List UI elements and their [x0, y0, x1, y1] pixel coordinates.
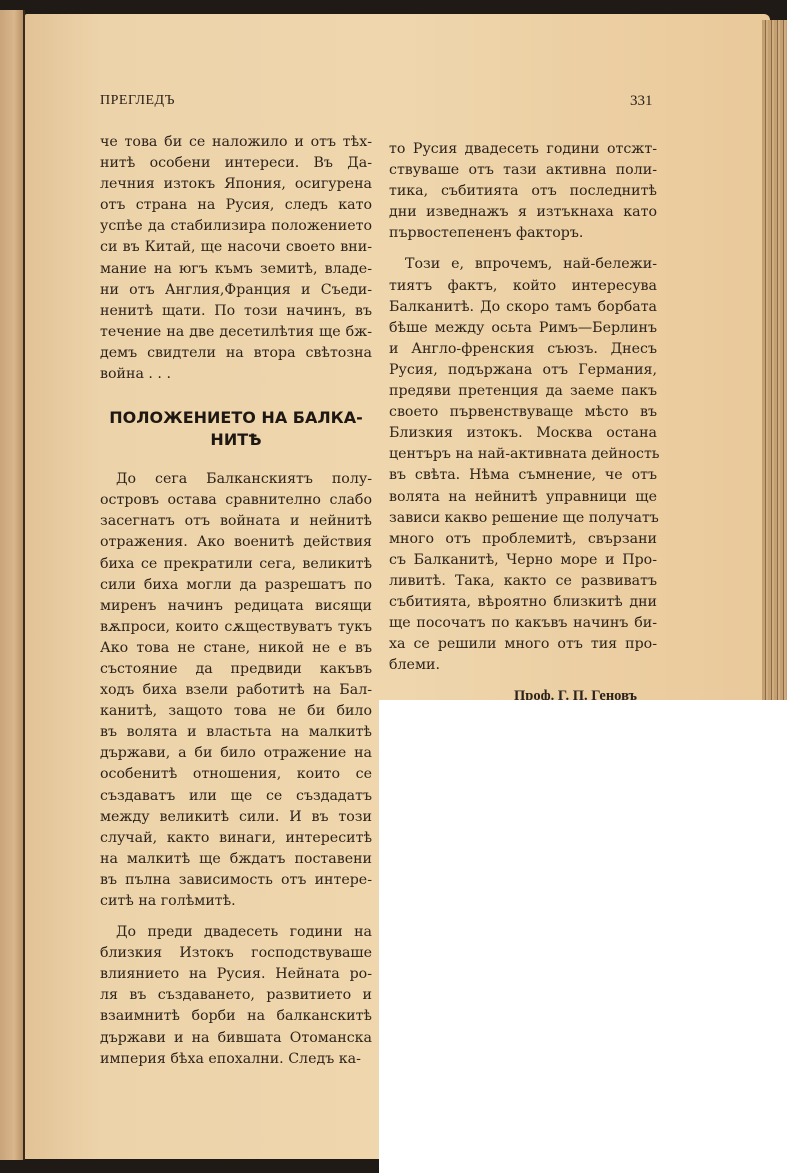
text-line: ливитѣ. Така, както се развиватъ	[389, 571, 657, 592]
text-line: предяви претенция да заеме пакъ	[389, 381, 657, 402]
text-line: ситѣ на голѣмитѣ.	[100, 891, 372, 912]
text-line: Близкия изтокъ. Москва остана	[389, 423, 657, 444]
text-line: мание на югъ къмъ земитѣ, владе-	[100, 259, 372, 280]
previous-page-edge	[0, 10, 24, 1160]
text-line: между великитѣ сили. И въ този	[100, 807, 372, 828]
text-line: първостепененъ факторъ.	[389, 223, 657, 244]
running-head: ПРЕГЛЕДЪ	[100, 93, 175, 109]
text-line: ходъ биха взели работитѣ на Бал-	[100, 680, 372, 701]
paragraph-continued: то Русия двадесеть години отсжт-ствуваше…	[389, 139, 657, 244]
text-line: течение на две десетилѣтия ще бж-	[100, 322, 372, 343]
text-line: ни отъ Англия,Франция и Съеди-	[100, 280, 372, 301]
text-line: държави и на бившата Отоманска	[100, 1028, 372, 1049]
text-line: Балканитѣ. До скоро тамъ борбата	[389, 297, 657, 318]
page-stack-edges	[762, 20, 787, 700]
right-column: то Русия двадесеть години отсжт-ствуваше…	[389, 139, 657, 707]
paragraph-4: Този е, впрочемъ, най-бележи-тиятъ фактъ…	[389, 254, 657, 676]
text-line: ля въ създаването, развитието и	[100, 985, 372, 1006]
text-line: бѣше между осьта Римъ—Берлинъ	[389, 318, 657, 339]
text-line: състояние да предвиди какъвъ	[100, 659, 372, 680]
paragraph-1: че това би се наложило и отъ тѣх-нитѣ ос…	[100, 132, 372, 385]
heading-line-1: ПОЛОЖЕНИЕТО НА БАЛКА-	[100, 407, 372, 429]
text-line: война . . .	[100, 364, 372, 385]
text-line: близкия Изтокъ господствуваше	[100, 943, 372, 964]
text-line: островъ остава сравнително слабо	[100, 490, 372, 511]
text-line: засегнатъ отъ войната и нейнитѣ	[100, 511, 372, 532]
text-line: взаимнитѣ борби на балканскитѣ	[100, 1006, 372, 1027]
text-line: и Англо-френския съюзъ. Днесъ	[389, 339, 657, 360]
text-line: зависи какво решение ще получатъ	[389, 508, 657, 529]
text-line: ще посочатъ по какъвъ начинъ би-	[389, 613, 657, 634]
text-line: волята на нейнитѣ управници ще	[389, 487, 657, 508]
paragraph-3: До преди двадесеть години наблизкия Изто…	[100, 922, 372, 1070]
text-line: въ свѣта. Нѣма съмнение, че отъ	[389, 465, 657, 486]
text-line: тиятъ фактъ, който интересува	[389, 276, 657, 297]
text-line: особенитѣ отношения, които се	[100, 764, 372, 785]
text-line: биха се прекратили сега, великитѣ	[100, 554, 372, 575]
text-line: че това би се наложило и отъ тѣх-	[100, 132, 372, 153]
page-number: 331	[630, 93, 653, 110]
paragraph-2: До сега Балканскиятъ полу-островъ остава…	[100, 469, 372, 912]
text-line: ха се решили много отъ тия про-	[389, 634, 657, 655]
text-line: събитията, вѣроятно близкитѣ дни	[389, 592, 657, 613]
text-line: демъ свидтели на втора свѣтозна	[100, 343, 372, 364]
text-line: отъ страна на Русия, следъ като	[100, 195, 372, 216]
text-line: До преди двадесеть години на	[100, 922, 372, 943]
text-line: ствуваше отъ тази активна поли-	[389, 160, 657, 181]
text-line: дни изведнажъ я изтъкнаха като	[389, 202, 657, 223]
text-line: лечния изтокъ Япония, осигурена	[100, 174, 372, 195]
text-line: своето първенствуваще мѣсто въ	[389, 402, 657, 423]
text-line: миренъ начинъ редицата висящи	[100, 596, 372, 617]
text-line: До сега Балканскиятъ полу-	[100, 469, 372, 490]
text-line: Русия, подържана отъ Германия,	[389, 360, 657, 381]
text-line: центъръ на най-активната дейность	[389, 444, 657, 465]
book-spine	[23, 10, 25, 1160]
text-line: успѣе да стабилизира положението	[100, 216, 372, 237]
text-line: вѫпроси, които сѫществуватъ тукъ	[100, 617, 372, 638]
text-line: Ако това не стане, никой не е въ	[100, 638, 372, 659]
text-line: ненитѣ щати. По този начинъ, въ	[100, 301, 372, 322]
text-line: на малкитѣ ще бждатъ поставени	[100, 849, 372, 870]
text-line: въ пълна зависимость отъ интере-	[100, 870, 372, 891]
heading-line-2: НИТѢ	[100, 429, 372, 451]
text-line: блеми.	[389, 655, 657, 676]
text-line: съ Балканитѣ, Черно море и Про-	[389, 550, 657, 571]
text-line: много отъ проблемитѣ, свързани	[389, 529, 657, 550]
text-line: канитѣ, защото това не би било	[100, 701, 372, 722]
text-line: тика, събитията отъ последнитѣ	[389, 181, 657, 202]
text-line: то Русия двадесеть години отсжт-	[389, 139, 657, 160]
text-line: Този е, впрочемъ, най-бележи-	[389, 254, 657, 275]
text-line: империя бѣха епохални. Следъ ка-	[100, 1049, 372, 1070]
text-line: сили биха могли да разрешатъ по	[100, 575, 372, 596]
text-line: създаватъ или ще се създадатъ	[100, 786, 372, 807]
section-heading: ПОЛОЖЕНИЕТО НА БАЛКА- НИТѢ	[100, 407, 372, 451]
text-line: въ волята и властьта на малкитѣ	[100, 722, 372, 743]
text-line: нитѣ особени интереси. Въ Да-	[100, 153, 372, 174]
text-line: си въ Китай, ще насочи своето вни-	[100, 237, 372, 258]
left-column: че това би се наложило и отъ тѣх-нитѣ ос…	[100, 132, 372, 1070]
text-line: държави, а би било отражение на	[100, 743, 372, 764]
text-line: влиянието на Русия. Нейната ро-	[100, 964, 372, 985]
blank-region	[379, 700, 787, 1173]
text-line: случай, както винаги, интереситѣ	[100, 828, 372, 849]
text-line: отражения. Ако военитѣ действия	[100, 532, 372, 553]
